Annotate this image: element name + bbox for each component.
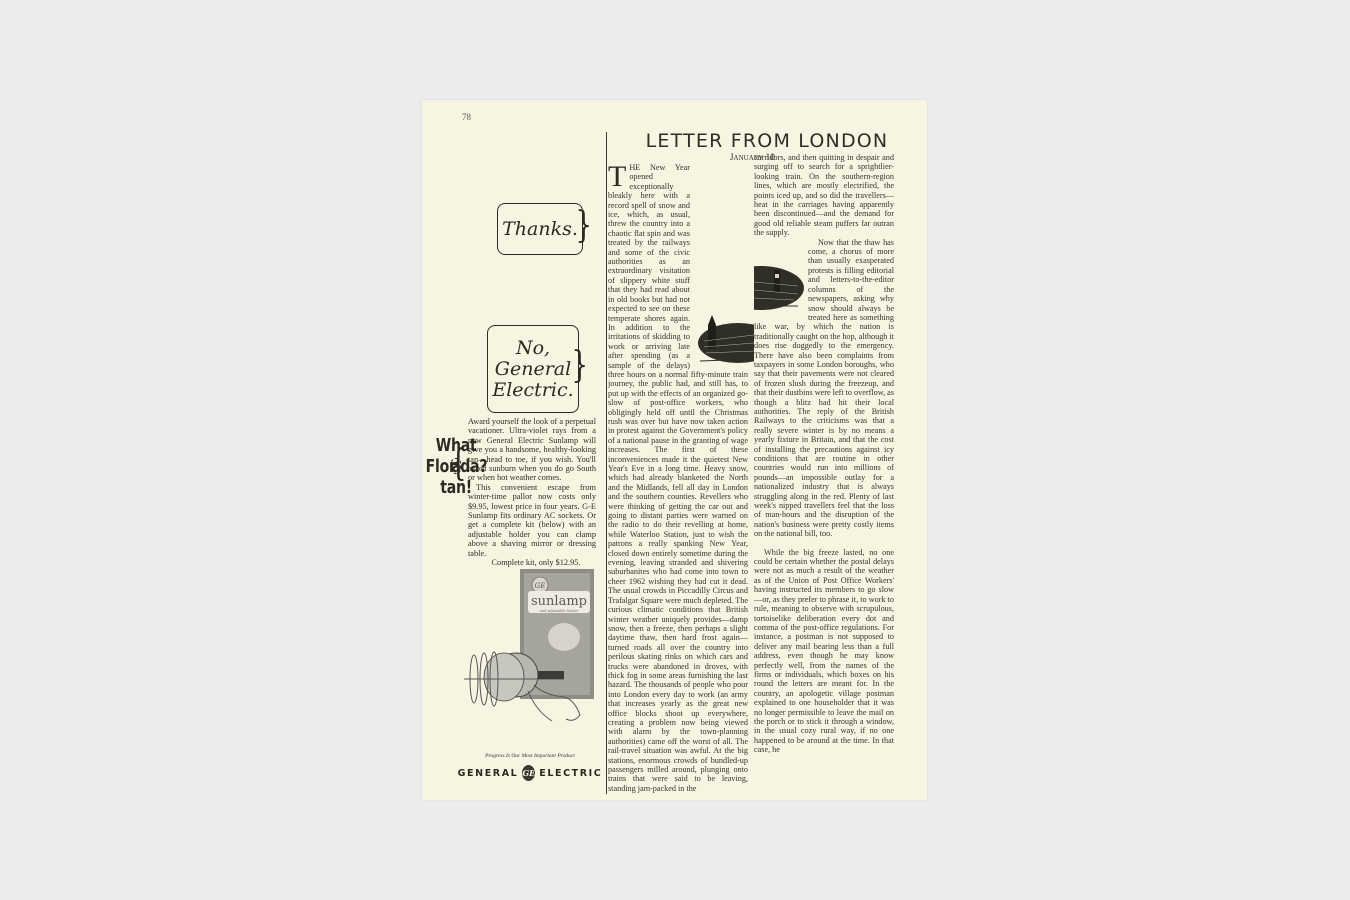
ge-wordmark: GENERAL GE ELECTRIC: [460, 765, 600, 781]
speech-bubble-thanks: Thanks.: [497, 203, 583, 255]
speech-bubble-florida: Florida?: [451, 458, 461, 474]
footer-mark: .: [707, 768, 709, 776]
brand-left: GENERAL: [458, 768, 519, 779]
drop-cap: T: [608, 164, 626, 190]
bubble-line: No,: [492, 338, 573, 359]
box-subtitle: and adjustable holder: [540, 609, 579, 613]
article-paragraph: corridors, and then quitting in despair …: [754, 153, 894, 238]
box-ge-mark: GE: [535, 582, 546, 590]
article-text: HE New Year opened exceptionally bleakly…: [608, 163, 748, 793]
article-paragraph: While the big freeze lasted, no one coul…: [754, 548, 894, 755]
bubble-text: Thanks.: [502, 219, 578, 240]
article-column-1: T HE New Year opened exceptionally bleak…: [608, 163, 748, 793]
speech-bubble-no-general-electric: No, General Electric.: [487, 325, 579, 413]
ad-body-copy: Award yourself the look of a perpetual v…: [468, 417, 596, 568]
bubble-line: General: [492, 359, 573, 380]
box-title: sunlamp: [531, 594, 587, 609]
column-divider: [606, 132, 607, 794]
parliament-illustration-right: [754, 256, 804, 316]
ad-paragraph: Award yourself the look of a perpetual v…: [468, 417, 596, 483]
ge-sunlamp-advertisement: What a tan! Thanks. Florida? No, General…: [460, 135, 600, 795]
brand-right: ELECTRIC: [539, 768, 602, 779]
parliament-illustration-left: [694, 313, 754, 369]
ad-tagline: Progress Is Our Most Important Product: [460, 753, 600, 759]
bubble-line: Electric.: [492, 380, 573, 401]
ad-paragraph: This convenient escape from winter-time …: [468, 483, 596, 558]
page-number: 78: [462, 112, 471, 122]
ge-monogram-icon: GE: [522, 765, 535, 781]
magazine-page: 78 What a tan! Thanks. Florida? No, Gene…: [422, 100, 927, 800]
article-headline: LETTER FROM LONDON: [622, 130, 912, 152]
sunlamp-product-photo: GE sunlamp and adjustable holder: [464, 567, 596, 727]
article-column-2: corridors, and then quitting in despair …: [754, 153, 894, 755]
